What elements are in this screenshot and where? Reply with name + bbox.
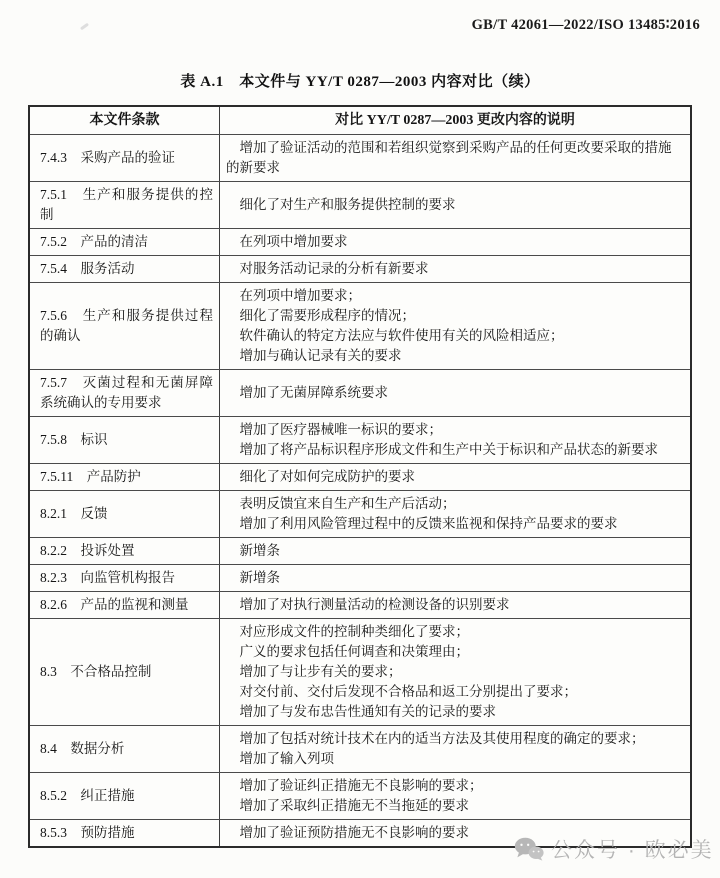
clause-cell: 8.2.2 投诉处置 xyxy=(30,538,220,564)
note-line: 对应形成文件的控制种类细化了要求； xyxy=(226,622,684,642)
clause-cell: 7.5.7 灭菌过程和无菌屏障系统确认的专用要求 xyxy=(30,370,220,416)
note-line: 表明反馈宜来自生产和生产后活动； xyxy=(226,494,684,514)
notes-cell: 细化了对如何完成防护的要求 xyxy=(220,464,690,490)
note-line: 对交付前、交付后发现不合格品和返工分别提出了要求； xyxy=(226,682,684,702)
note-line: 增加了采取纠正措施无不当拖延的要求 xyxy=(226,796,684,816)
table-row: 7.5.7 灭菌过程和无菌屏障系统确认的专用要求增加了无菌屏障系统要求 xyxy=(30,369,690,416)
table-row: 7.5.4 服务活动对服务活动记录的分析有新要求 xyxy=(30,255,690,282)
watermark: 公众号 · 欧必美 xyxy=(514,834,714,864)
note-line: 新增条 xyxy=(226,568,684,588)
note-line: 广义的要求包括任何调查和决策理由； xyxy=(226,642,684,662)
table-title: 表 A.1 本文件与 YY/T 0287—2003 内容对比（续） xyxy=(0,70,720,91)
clause-cell: 7.5.11 产品防护 xyxy=(30,464,220,490)
notes-cell: 表明反馈宜来自生产和生产后活动；增加了利用风险管理过程中的反馈来监视和保持产品要… xyxy=(220,491,690,537)
note-line: 增加了对执行测量活动的检测设备的识别要求 xyxy=(226,595,684,615)
clause-cell: 7.5.4 服务活动 xyxy=(30,256,220,282)
table-row: 7.5.1 生产和服务提供的控制细化了对生产和服务提供控制的要求 xyxy=(30,181,690,228)
note-line: 细化了对如何完成防护的要求 xyxy=(226,467,684,487)
notes-cell: 细化了对生产和服务提供控制的要求 xyxy=(220,182,690,228)
table-row: 8.2.1 反馈表明反馈宜来自生产和生产后活动；增加了利用风险管理过程中的反馈来… xyxy=(30,490,690,537)
note-line: 增加了验证活动的范围和若组织觉察到采购产品的任何更改要采取的措施的新要求 xyxy=(226,138,684,178)
standard-number: GB/T 42061—2022/ISO 13485∶2016 xyxy=(472,17,700,34)
wechat-icon xyxy=(514,836,544,862)
table-row: 7.5.6 生产和服务提供过程的确认在列项中增加要求；细化了需要形成程序的情况；… xyxy=(30,282,690,369)
note-line: 对服务活动记录的分析有新要求 xyxy=(226,259,684,279)
clause-cell: 8.3 不合格品控制 xyxy=(30,619,220,725)
notes-cell: 增加了医疗器械唯一标识的要求；增加了将产品标识程序形成文件和生产中关于标识和产品… xyxy=(220,417,690,463)
clause-cell: 7.5.8 标识 xyxy=(30,417,220,463)
table-header-row: 本文件条款 对比 YY/T 0287—2003 更改内容的说明 xyxy=(30,107,690,134)
table-row: 8.2.6 产品的监视和测量增加了对执行测量活动的检测设备的识别要求 xyxy=(30,591,690,618)
note-line: 增加了利用风险管理过程中的反馈来监视和保持产品要求的要求 xyxy=(226,514,684,534)
note-line: 增加了验证纠正措施无不良影响的要求； xyxy=(226,776,684,796)
table-row: 7.4.3 采购产品的验证增加了验证活动的范围和若组织觉察到采购产品的任何更改要… xyxy=(30,134,690,181)
notes-cell: 增加了对执行测量活动的检测设备的识别要求 xyxy=(220,592,690,618)
table-row: 7.5.2 产品的清洁在列项中增加要求 xyxy=(30,228,690,255)
note-line: 增加了包括对统计技术在内的适当方法及其使用程度的确定的要求； xyxy=(226,729,684,749)
clause-cell: 8.2.3 向监管机构报告 xyxy=(30,565,220,591)
note-line: 增加了医疗器械唯一标识的要求； xyxy=(226,420,684,440)
notes-cell: 在列项中增加要求；细化了需要形成程序的情况；软件确认的特定方法应与软件使用有关的… xyxy=(220,283,690,369)
clause-cell: 8.4 数据分析 xyxy=(30,726,220,772)
notes-cell: 对应形成文件的控制种类细化了要求；广义的要求包括任何调查和决策理由；增加了与让步… xyxy=(220,619,690,725)
note-line: 增加了将产品标识程序形成文件和生产中关于标识和产品状态的新要求 xyxy=(226,440,684,460)
table-body: 7.4.3 采购产品的验证增加了验证活动的范围和若组织觉察到采购产品的任何更改要… xyxy=(30,134,690,846)
note-line: 细化了需要形成程序的情况； xyxy=(226,306,684,326)
column-header-clause: 本文件条款 xyxy=(30,107,220,134)
clause-cell: 8.5.2 纠正措施 xyxy=(30,773,220,819)
table-row: 7.5.8 标识增加了医疗器械唯一标识的要求；增加了将产品标识程序形成文件和生产… xyxy=(30,416,690,463)
notes-cell: 对服务活动记录的分析有新要求 xyxy=(220,256,690,282)
clause-cell: 8.5.3 预防措施 xyxy=(30,820,220,846)
table-row: 8.2.3 向监管机构报告新增条 xyxy=(30,564,690,591)
note-line: 增加了输入列项 xyxy=(226,749,684,769)
comparison-table: 本文件条款 对比 YY/T 0287—2003 更改内容的说明 7.4.3 采购… xyxy=(28,105,692,848)
note-line: 增加了与让步有关的要求； xyxy=(226,662,684,682)
notes-cell: 在列项中增加要求 xyxy=(220,229,690,255)
note-line: 增加了无菌屏障系统要求 xyxy=(226,383,684,403)
clause-cell: 7.5.6 生产和服务提供过程的确认 xyxy=(30,283,220,369)
note-line: 增加与确认记录有关的要求 xyxy=(226,346,684,366)
clause-cell: 7.5.1 生产和服务提供的控制 xyxy=(30,182,220,228)
notes-cell: 增加了验证活动的范围和若组织觉察到采购产品的任何更改要采取的措施的新要求 xyxy=(220,135,690,181)
table-row: 8.4 数据分析增加了包括对统计技术在内的适当方法及其使用程度的确定的要求；增加… xyxy=(30,725,690,772)
notes-cell: 增加了无菌屏障系统要求 xyxy=(220,370,690,416)
clause-cell: 8.2.6 产品的监视和测量 xyxy=(30,592,220,618)
note-line: 细化了对生产和服务提供控制的要求 xyxy=(226,195,684,215)
note-line: 新增条 xyxy=(226,541,684,561)
table-row: 8.5.2 纠正措施增加了验证纠正措施无不良影响的要求；增加了采取纠正措施无不当… xyxy=(30,772,690,819)
clause-cell: 8.2.1 反馈 xyxy=(30,491,220,537)
note-line: 增加了与发布忠告性通知有关的记录的要求 xyxy=(226,702,684,722)
notes-cell: 新增条 xyxy=(220,565,690,591)
table-row: 8.3 不合格品控制对应形成文件的控制种类细化了要求；广义的要求包括任何调查和决… xyxy=(30,618,690,725)
table-row: 7.5.11 产品防护细化了对如何完成防护的要求 xyxy=(30,463,690,490)
clause-cell: 7.5.2 产品的清洁 xyxy=(30,229,220,255)
table-row: 8.2.2 投诉处置新增条 xyxy=(30,537,690,564)
notes-cell: 新增条 xyxy=(220,538,690,564)
notes-cell: 增加了验证纠正措施无不良影响的要求；增加了采取纠正措施无不当拖延的要求 xyxy=(220,773,690,819)
pen-mark xyxy=(80,23,89,31)
note-line: 在列项中增加要求 xyxy=(226,232,684,252)
clause-cell: 7.4.3 采购产品的验证 xyxy=(30,135,220,181)
notes-cell: 增加了包括对统计技术在内的适当方法及其使用程度的确定的要求；增加了输入列项 xyxy=(220,726,690,772)
note-line: 在列项中增加要求； xyxy=(226,286,684,306)
column-header-description: 对比 YY/T 0287—2003 更改内容的说明 xyxy=(220,107,690,134)
note-line: 软件确认的特定方法应与软件使用有关的风险相适应； xyxy=(226,326,684,346)
watermark-text: 公众号 · 欧必美 xyxy=(551,834,714,864)
